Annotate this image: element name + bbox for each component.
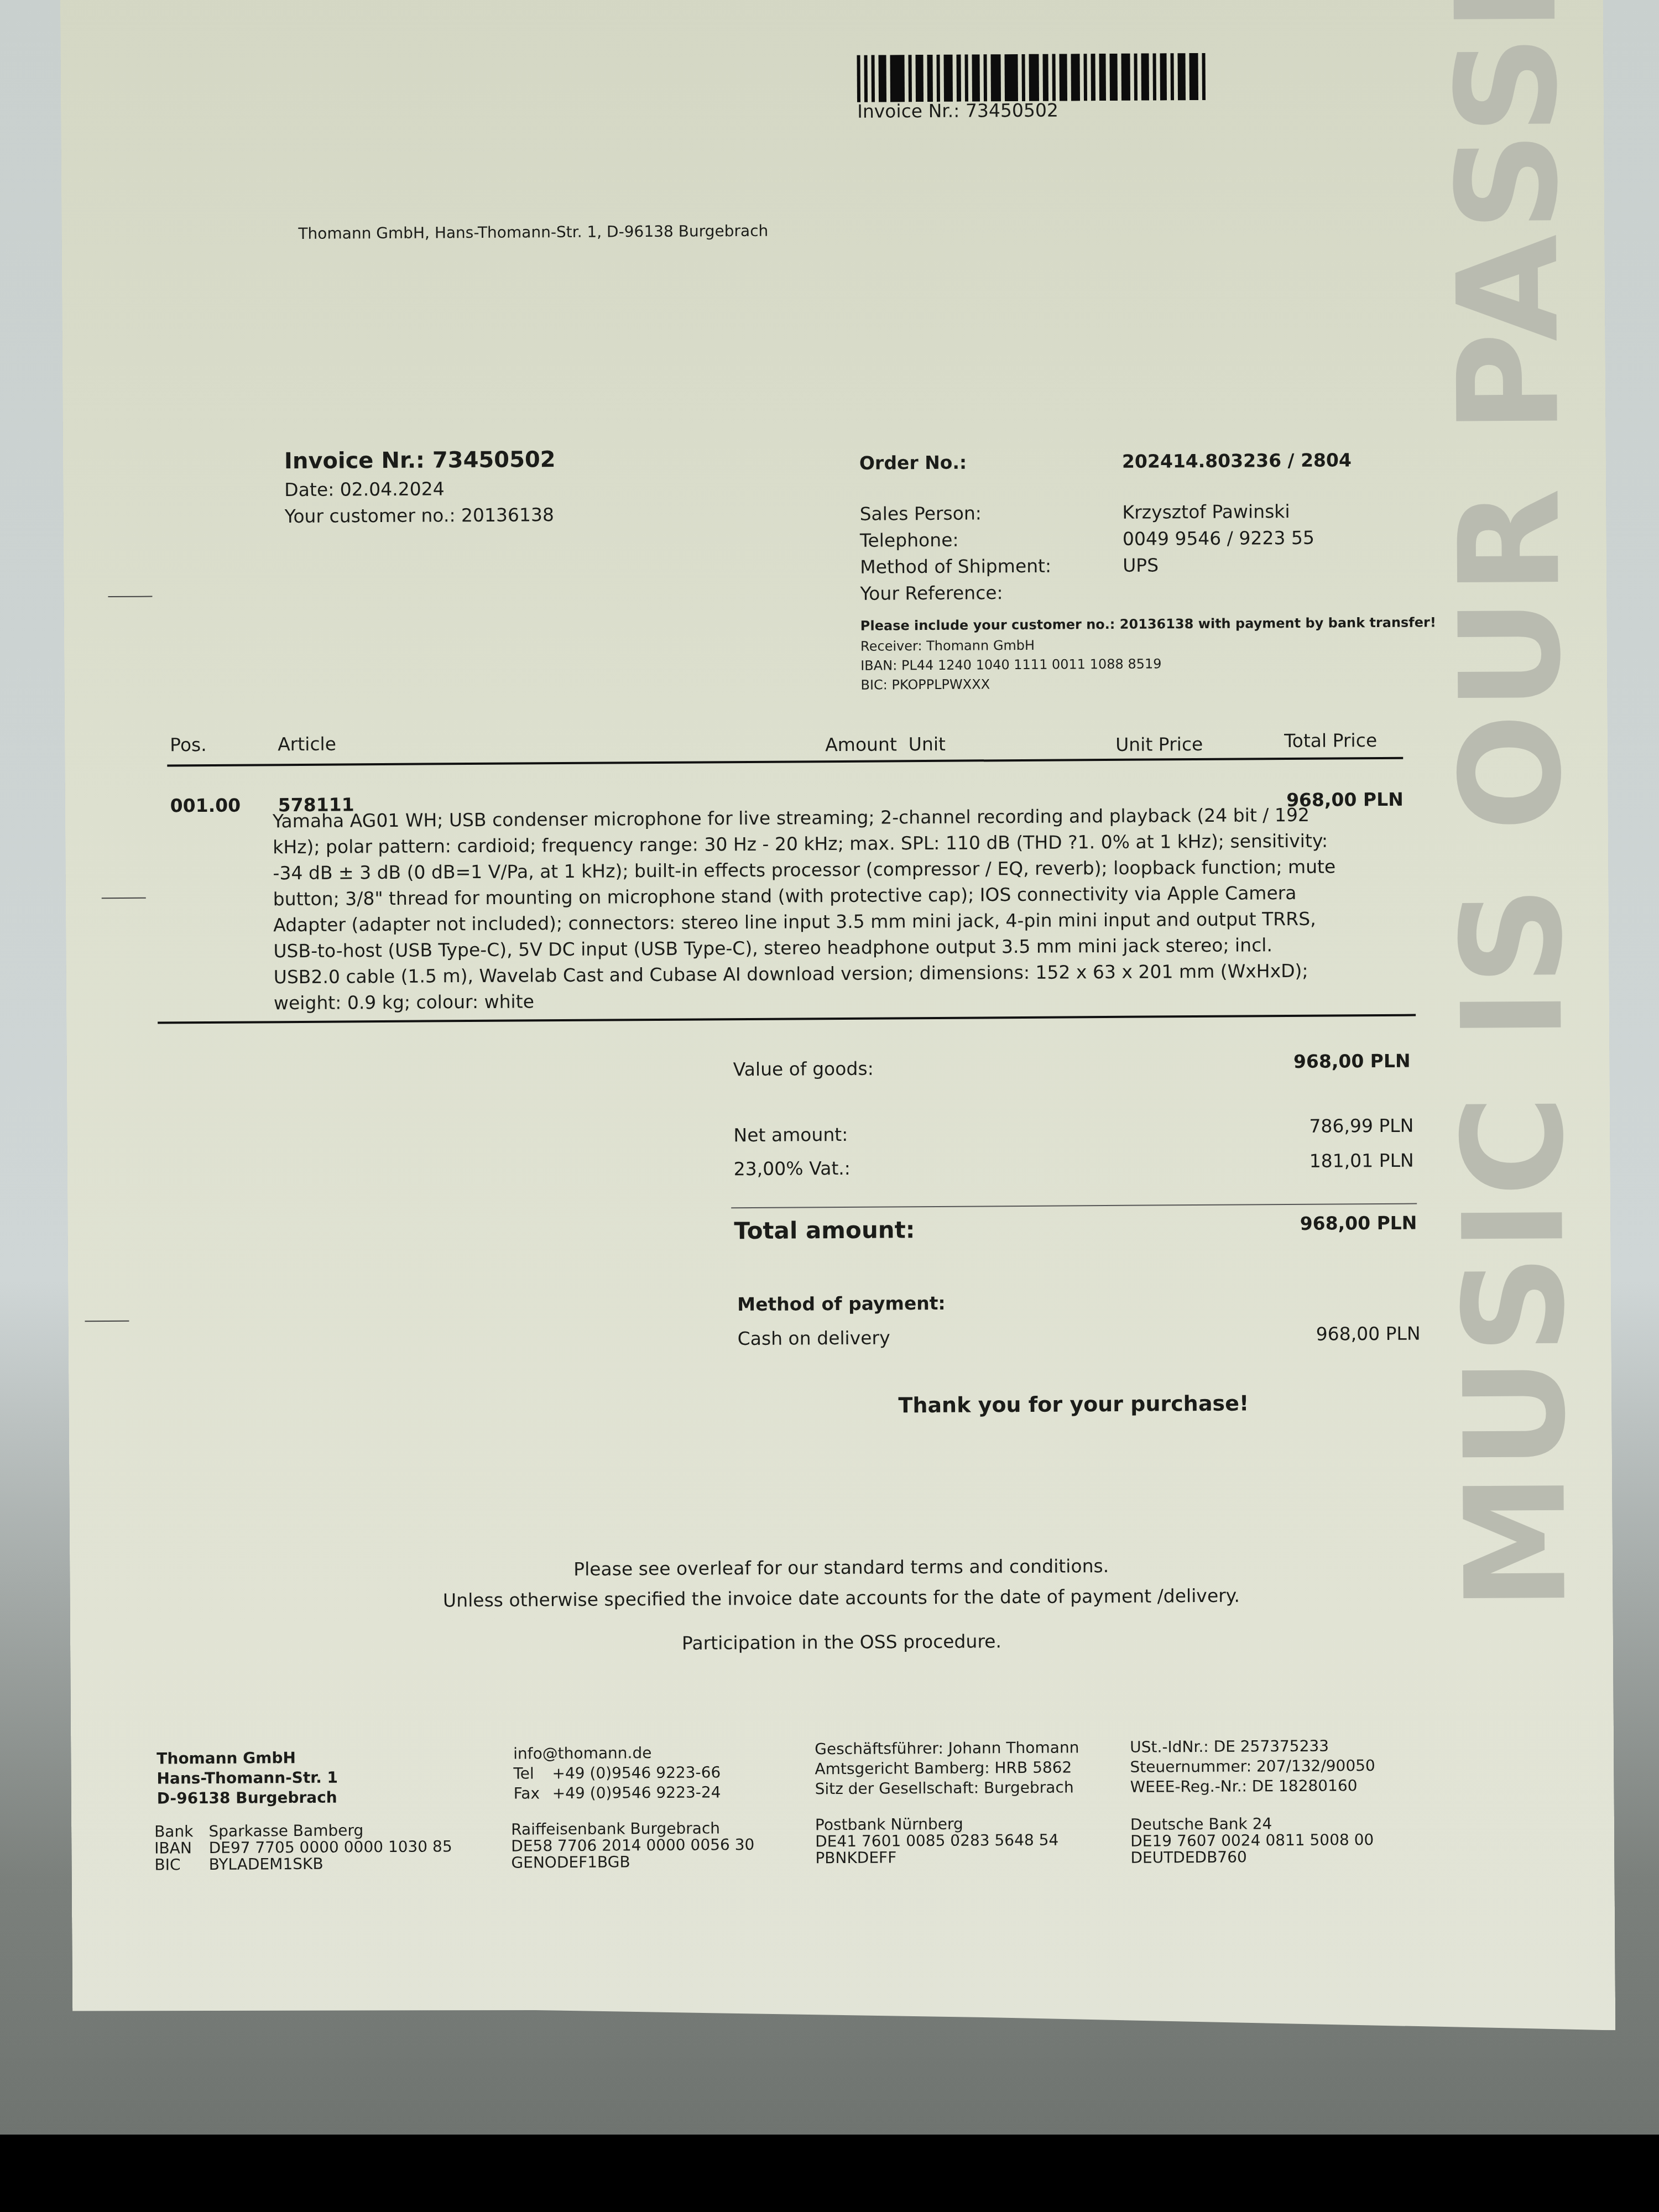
header-amount-unit: Amount Unit <box>825 733 946 755</box>
footer-company: Thomann GmbH Hans-Thomann-Str. 1 D-96138… <box>156 1748 338 1809</box>
header-unit-price: Unit Price <box>1115 733 1203 755</box>
invoice-title: Invoice Nr.: 73450502 <box>284 447 556 474</box>
sales-person-label: Sales Person: <box>859 502 982 524</box>
net-amount-label: Net amount: <box>733 1124 848 1146</box>
footer-company-street: Hans-Thomann-Str. 1 <box>156 1768 338 1789</box>
bank-bic: PBNKDEFF <box>815 1849 1058 1867</box>
bank-bic: GENODEF1BGB <box>511 1853 754 1871</box>
footer-register-court: Amtsgericht Bamberg: HRB 5862 <box>815 1757 1079 1779</box>
footer-contact: info@thomann.de Tel+49 (0)9546 9223-66 F… <box>513 1743 721 1803</box>
header-total-price: Total Price <box>1284 729 1377 752</box>
barcode <box>857 53 1209 102</box>
shipment-value: UPS <box>1123 554 1159 576</box>
telephone-label: Telephone: <box>860 529 959 551</box>
sales-person-value: Krzysztof Pawinski <box>1122 500 1290 523</box>
footer-tax: USt.-IdNr.: DE 257375233 Steuernummer: 2… <box>1130 1736 1375 1797</box>
net-amount-value: 786,99 PLN <box>1256 1115 1413 1138</box>
value-of-goods-value: 968,00 PLN <box>1256 1050 1411 1073</box>
receiver-line: Receiver: Thomann GmbH <box>860 638 1035 654</box>
fold-mark <box>108 596 152 597</box>
footer-registered-office: Sitz der Gesellschaft: Burgebrach <box>815 1777 1079 1799</box>
row-description: Yamaha AG01 WH; USB condenser microphone… <box>273 801 1341 1016</box>
footer-tel-value: +49 (0)9546 9223-66 <box>552 1763 721 1782</box>
footer-legal: Geschäftsführer: Johann Thomann Amtsgeri… <box>815 1738 1079 1799</box>
payment-method-value: Cash on delivery <box>738 1327 890 1349</box>
total-amount-value: 968,00 PLN <box>1256 1212 1417 1235</box>
sender-line: Thomann GmbH, Hans-Thomann-Str. 1, D-961… <box>298 222 768 243</box>
payment-date-note: Unless otherwise specified the invoice d… <box>70 1582 1613 1613</box>
oss-note: Participation in the OSS procedure. <box>70 1626 1613 1657</box>
bank-bic: BYLADEM1SKB <box>209 1855 468 1873</box>
footer-tax-number: Steuernummer: 207/132/90050 <box>1130 1756 1375 1777</box>
footer-bank-3: Postbank Nürnberg DE41 7601 0085 0283 56… <box>815 1815 1059 1867</box>
customer-number: Your customer no.: 20136138 <box>284 504 554 527</box>
payment-note: Please include your customer no.: 201361… <box>860 614 1436 633</box>
footer-bank-2: Raiffeisenbank Burgebrach DE58 7706 2014… <box>511 1820 755 1871</box>
shipment-label: Method of Shipment: <box>860 555 1051 578</box>
totals-divider <box>731 1203 1417 1209</box>
watermark-text: MUSIC IS OUR PASSION <box>1425 0 1597 1611</box>
bic-label: BIC <box>154 1856 209 1874</box>
footer-company-city: D-96138 Burgebrach <box>157 1788 338 1809</box>
bank-iban: DE41 7601 0085 0283 5648 54 <box>815 1832 1058 1850</box>
terms-note: Please see overleaf for our standard ter… <box>70 1552 1613 1583</box>
header-pos: Pos. <box>170 734 207 755</box>
receiver-bic: BIC: PKOPPLPWXXX <box>860 676 990 692</box>
payment-method-label: Method of payment: <box>737 1292 946 1315</box>
footer-weee-number: WEEE-Reg.-Nr.: DE 18280160 <box>1130 1776 1376 1797</box>
payment-amount: 968,00 PLN <box>1258 1323 1421 1345</box>
header-divider <box>167 757 1403 767</box>
footer-vat-id: USt.-IdNr.: DE 257375233 <box>1130 1736 1375 1757</box>
iban-label: IBAN <box>154 1840 209 1857</box>
footer-bank-1: BankSparkasse Bamberg IBANDE97 7705 0000… <box>154 1822 468 1873</box>
thank-you-message: Thank you for your purchase! <box>898 1391 1249 1417</box>
reference-label: Your Reference: <box>860 582 1003 604</box>
bank-label: Bank <box>154 1823 209 1840</box>
footer-company-name: Thomann GmbH <box>156 1748 338 1769</box>
footer-fax-label: Fax <box>514 1783 552 1803</box>
value-of-goods-label: Value of goods: <box>733 1058 874 1081</box>
vat-value: 181,01 PLN <box>1256 1150 1414 1172</box>
telephone-value: 0049 9546 / 9223 55 <box>1123 527 1314 550</box>
footer-bank-4: Deutsche Bank 24 DE19 7607 0024 0811 500… <box>1130 1815 1374 1866</box>
total-amount-label: Total amount: <box>734 1216 915 1244</box>
bank-iban: DE58 7706 2014 0000 0056 30 <box>511 1837 754 1855</box>
fold-mark <box>102 898 146 899</box>
header-article: Article <box>278 733 336 755</box>
footer-managing-director: Geschäftsführer: Johann Thomann <box>815 1738 1079 1759</box>
order-no-value: 202414.803236 / 2804 <box>1122 449 1352 472</box>
footer-fax-value: +49 (0)9546 9223-24 <box>552 1783 721 1802</box>
order-no-label: Order No.: <box>859 452 967 474</box>
invoice-date: Date: 02.04.2024 <box>284 478 445 500</box>
footer-email-link[interactable]: info@thomann.de <box>513 1743 721 1764</box>
bank-bic: DEUTDEDB760 <box>1130 1848 1374 1866</box>
receiver-iban: IBAN: PL44 1240 1040 1111 0011 1088 8519 <box>860 656 1161 673</box>
bank-iban: DE97 7705 0000 0000 1030 85 <box>209 1838 468 1856</box>
barcode-caption: Invoice Nr.: 73450502 <box>857 100 1058 122</box>
fold-mark <box>85 1321 129 1322</box>
row-pos: 001.00 <box>170 795 241 817</box>
bank-iban: DE19 7607 0024 0811 5008 00 <box>1130 1832 1374 1850</box>
vat-label: 23,00% Vat.: <box>734 1157 851 1180</box>
invoice-paper: MUSIC IS OUR PASSION Invoice Nr.: 734505… <box>60 0 1616 2039</box>
footer-tel-label: Tel <box>513 1764 552 1783</box>
